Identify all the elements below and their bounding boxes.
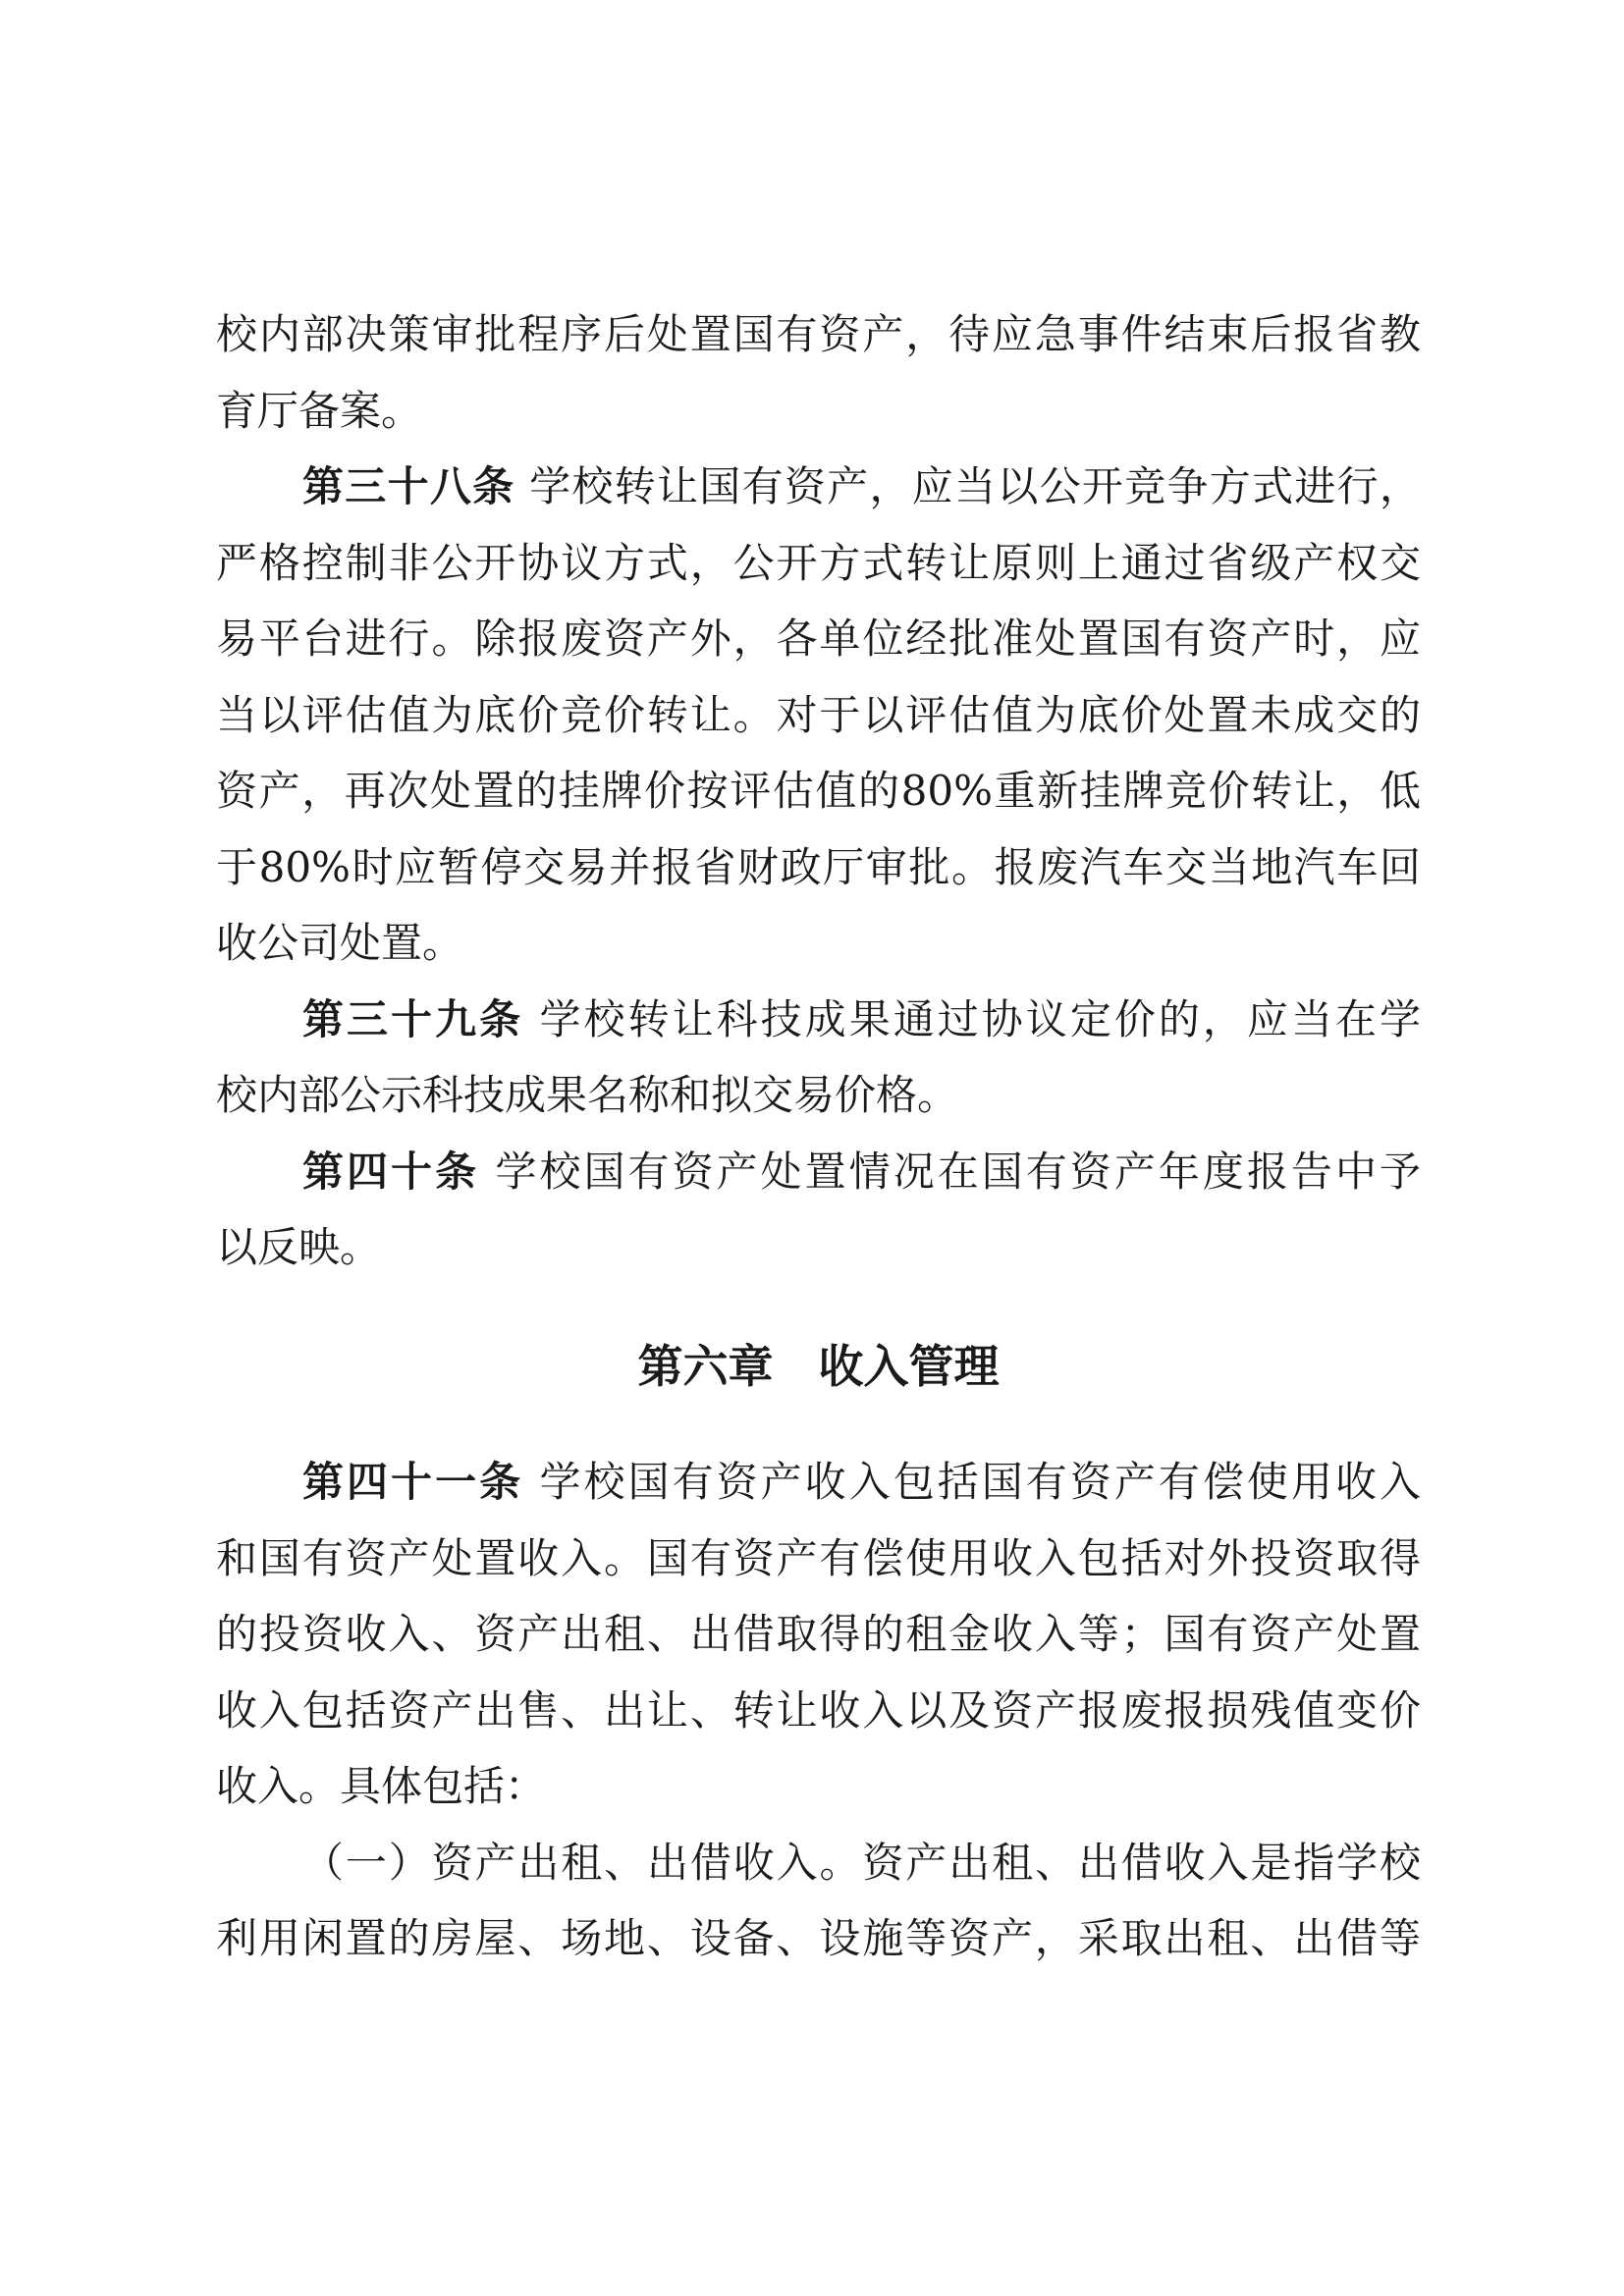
text-line: 校内部决策审批程序后处置国有资产，待应急事件结束后报省教 [216, 296, 1421, 373]
text-line: 利用闲置的房屋、场地、设备、设施等资产，采取出租、出借等 [216, 1900, 1421, 1977]
text-line: 校内部公示科技成果名称和拟交易价格。 [216, 1057, 1421, 1134]
text-line: 育厅备案。 [216, 373, 1421, 450]
text-line: 当以评估值为底价竞价转让。对于以评估值为底价处置未成交的 [216, 677, 1421, 754]
text-line: （一）资产出租、出借收入。资产出租、出借收入是指学校 [216, 1825, 1421, 1901]
text-line: 收入。具体包括： [216, 1748, 1421, 1825]
article-number: 第三十九条 [302, 995, 523, 1043]
text-line: 以反映。 [216, 1209, 1421, 1286]
text-line: 严格控制非公开协议方式，公开方式转让原则上通过省级产权交 [216, 525, 1421, 602]
page: { "page": { "background_color": "#ffffff… [0, 0, 1624, 2296]
document-page: 校内部决策审批程序后处置国有资产，待应急事件结束后报省教育厅备案。第三十八条 学… [0, 0, 1624, 2296]
text-line: 第三十九条 学校转让科技成果通过协议定价的，应当在学 [216, 982, 1421, 1058]
document-body: 校内部决策审批程序后处置国有资产，待应急事件结束后报省教育厅备案。第三十八条 学… [216, 296, 1421, 1977]
text-line: 收入包括资产出售、出让、转让收入以及资产报废报损残值变价 [216, 1673, 1421, 1749]
article-number: 第三十八条 [302, 462, 514, 510]
text-line: 第四十一条 学校国有资产收入包括国有资产有偿使用收入 [216, 1444, 1421, 1521]
article-number: 第四十条 [302, 1148, 479, 1196]
text-line: 第四十条 学校国有资产处置情况在国有资产年度报告中予 [216, 1134, 1421, 1210]
text-line: 的投资收入、资产出租、出借取得的租金收入等；国有资产处置 [216, 1596, 1421, 1673]
text-line: 和国有资产处置收入。国有资产有偿使用收入包括对外投资取得 [216, 1521, 1421, 1597]
chapter-heading: 第六章 收入管理 [216, 1329, 1421, 1406]
text-line: 第三十八条 学校转让国有资产，应当以公开竞争方式进行， [216, 449, 1421, 525]
text-line: 于80%时应暂停交易并报省财政厅审批。报废汽车交当地汽车回 [216, 829, 1421, 906]
article-number: 第四十一条 [302, 1458, 523, 1506]
text-line: 易平台进行。除报废资产外，各单位经批准处置国有资产时，应 [216, 601, 1421, 677]
text-line: 资产，再次处置的挂牌价按评估值的80%重新挂牌竞价转让，低 [216, 753, 1421, 829]
text-line: 收公司处置。 [216, 905, 1421, 982]
